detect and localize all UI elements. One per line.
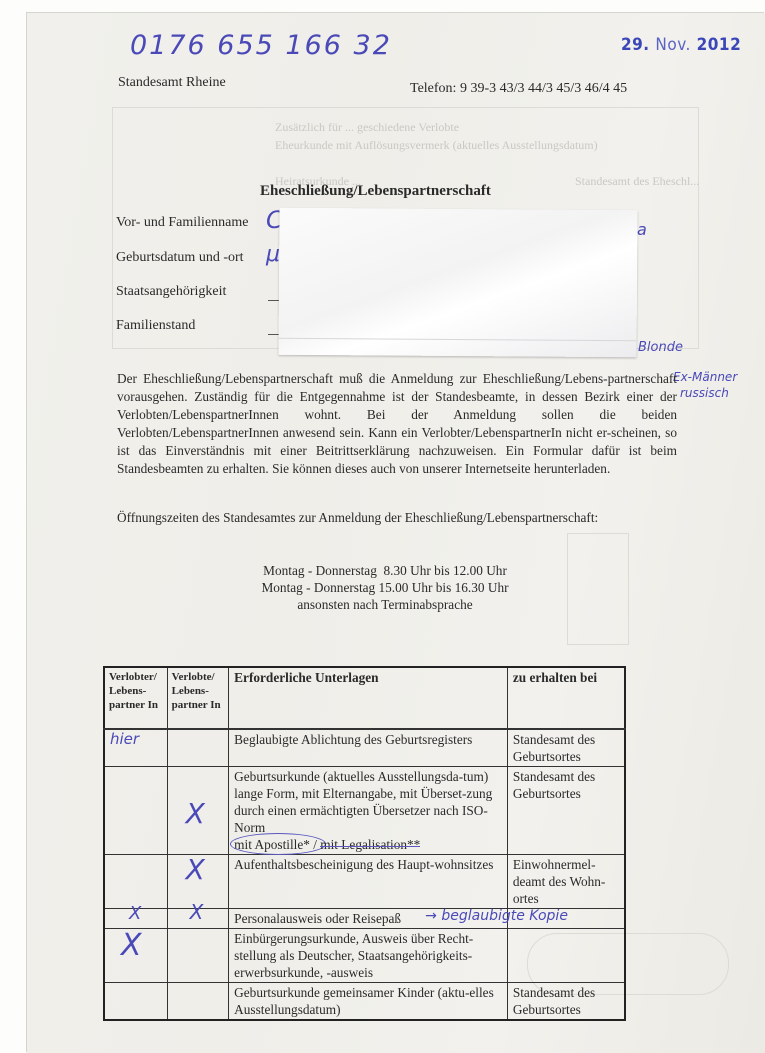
cell-partner-male (104, 983, 167, 1021)
office-phone: Telefon: 9 39-3 43/3 44/3 45/3 46/4 45 (410, 80, 627, 98)
cell-document: Einbürgerungsurkunde, Ausweis über Recht… (229, 929, 508, 983)
date-stamp: 29. Nov. 2012 (621, 35, 741, 55)
check-x-mark: X (186, 861, 205, 878)
handwritten-here: hier (110, 730, 139, 748)
option-apostille: mit Apostille* (234, 837, 310, 852)
table-row: hier Beglaubigte Ablichtung des Geburtsr… (104, 729, 625, 767)
cell-document: Beglaubigte Ablichtung des Geburtsregist… (229, 729, 508, 767)
cell-source (507, 929, 625, 983)
cell-partner-male: hier (104, 729, 167, 767)
opening-hours: Montag - Donnerstag 8.30 Uhr bis 12.00 U… (220, 562, 550, 613)
table-row: X Geburtsurkunde (aktuelles Ausstellungs… (104, 767, 625, 855)
cell-partner-female (167, 729, 229, 767)
hours-line: ansonsten nach Terminabsprache (220, 596, 550, 613)
document-options: mit Apostille* / mit Legalisation** (234, 836, 502, 853)
option-legalisation-struck: mit Legalisation** (320, 837, 420, 852)
cell-partner-male: X (104, 909, 167, 929)
form-title: Eheschließung/Lebenspartnerschaft (260, 183, 491, 200)
cell-partner-female: X (167, 767, 229, 855)
header-partner-female: Verlobte/ Lebens-partner In (167, 667, 229, 729)
option-separator: / (310, 837, 320, 852)
cell-source: Standesamt des Geburtsortes (507, 983, 625, 1021)
cell-partner-female (167, 929, 229, 983)
cell-document: Aufenthaltsbescheinigung des Haupt-wohns… (229, 855, 508, 909)
stamp-month: Nov. (655, 35, 690, 55)
document-line: Geburtsurkunde (aktuelles Ausstellungsda… (234, 768, 502, 785)
field-label-marital-status: Familienstand (116, 318, 195, 334)
check-x-mark: X (121, 937, 142, 954)
check-x-mark: X (186, 805, 205, 822)
check-x-mark: X (129, 905, 141, 922)
hours-heading: Öffnungszeiten des Standesamtes zur Anme… (117, 509, 598, 527)
header-partner-male: Verlobter/ Lebens-partner In (104, 667, 167, 729)
cell-document: Geburtsurkunde (aktuelles Ausstellungsda… (229, 767, 508, 855)
cell-partner-male: X (104, 929, 167, 983)
stamp-day: 29. (621, 35, 650, 55)
field-label-name: Vor- und Familienname (116, 215, 248, 231)
office-name: Standesamt Rheine (118, 74, 226, 92)
document-line: lange Form, mit Elternangabe, mit Überse… (234, 785, 502, 836)
hours-line: Montag - Donnerstag 15.00 Uhr bis 16.30 … (220, 579, 550, 596)
bleed-through-table (567, 533, 629, 645)
cell-document: Geburtsurkunde gemeinsamer Kinder (aktu-… (229, 983, 508, 1021)
cell-document: Personalausweis oder Reisepaß→ beglaubig… (229, 909, 508, 929)
table-row: X X Personalausweis oder Reisepaß→ begla… (104, 909, 625, 929)
cell-source: Standesamt des Geburtsortes (507, 767, 625, 855)
cell-source (507, 909, 625, 929)
cell-source: Standesamt des Geburtsortes (507, 729, 625, 767)
hours-line: Montag - Donnerstag 8.30 Uhr bis 12.00 U… (220, 562, 550, 579)
field-label-birth: Geburtsdatum und -ort (116, 250, 244, 266)
margin-note: Blonde (638, 340, 683, 355)
table-header-row: Verlobter/ Lebens-partner In Verlobte/ L… (104, 667, 625, 729)
required-documents-table: Verlobter/ Lebens-partner In Verlobte/ L… (103, 666, 626, 1021)
handwriting-fragment: a (637, 220, 647, 239)
header-source: zu erhalten bei (507, 667, 625, 729)
stamp-year: 2012 (697, 35, 742, 55)
margin-note: Ex-Männer (673, 370, 737, 384)
redaction-sticker (278, 208, 637, 357)
handwritten-phone-number: 0176 655 166 32 (130, 30, 392, 61)
field-label-nationality: Staatsangehörigkeit (116, 284, 226, 300)
cell-partner-female: X (167, 909, 229, 929)
cell-partner-male (104, 767, 167, 855)
header-documents: Erforderliche Unterlagen (229, 667, 508, 729)
cell-partner-female (167, 983, 229, 1021)
document-text: Personalausweis oder Reisepaß (234, 911, 401, 926)
check-x-mark: X (190, 904, 204, 921)
handwriting-fragment: μ (266, 242, 280, 267)
table-row: X Aufenthaltsbescheinigung des Haupt-woh… (104, 855, 625, 909)
table-row: Geburtsurkunde gemeinsamer Kinder (aktu-… (104, 983, 625, 1021)
margin-note: russisch (680, 386, 729, 400)
cell-partner-male (104, 855, 167, 909)
table-row: X Einbürgerungsurkunde, Ausweis über Rec… (104, 929, 625, 983)
cell-source: Einwohnermel-deamt des Wohn-ortes (507, 855, 625, 909)
instructions-paragraph: Der Eheschließung/Lebenspartnerschaft mu… (117, 370, 677, 478)
